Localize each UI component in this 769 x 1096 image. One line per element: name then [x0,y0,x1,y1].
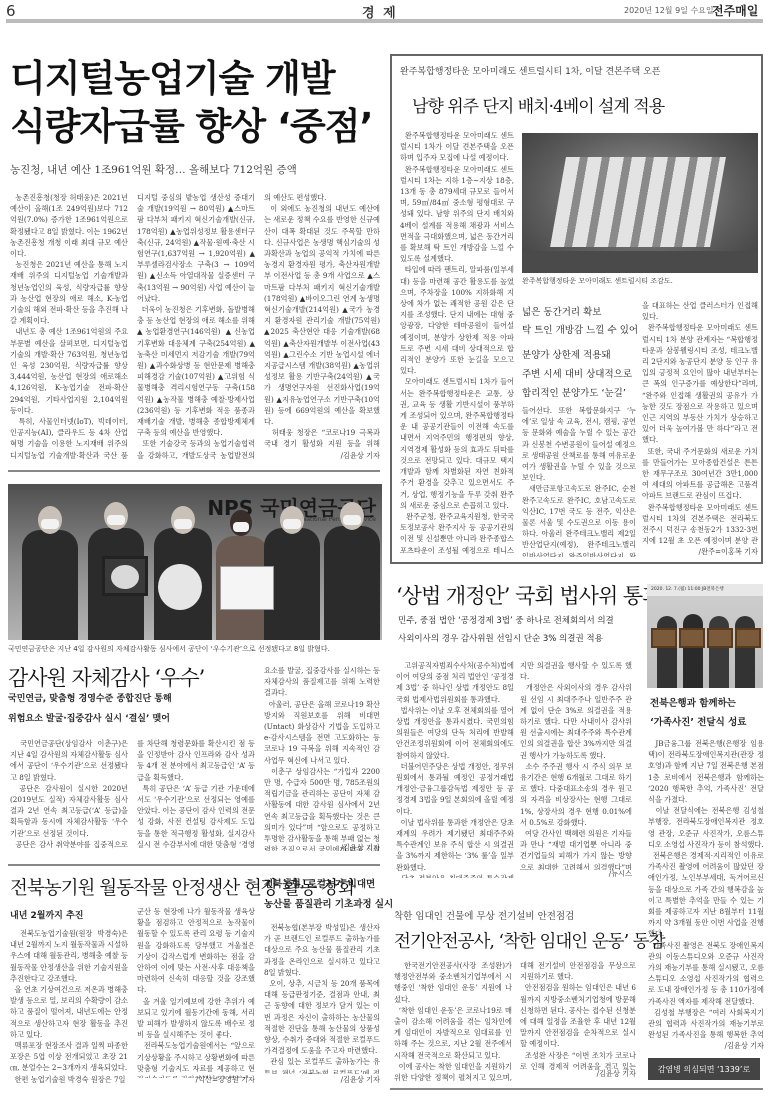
jbbank-byline: /김윤상 기자 [648,1040,764,1052]
jbares-byline: /익산=장영원 기자 [137,1074,255,1086]
divider [8,864,380,866]
law-col2: 지만 의결권을 행사할 수 있도록 했다. 개정안은 사외이사의 경우 감사위원… [520,660,632,870]
nps-col3: 요소를 발굴, 집중감사를 실시하는 등 자체감사의 품질제고를 위해 노력한 … [264,665,380,851]
nps-logo-sub: National Pension Service [302,516,376,523]
housing-rendering-photo [522,133,758,273]
jbares-subhead: 내년 2월까지 추진 [10,908,83,921]
jbbank-body: JB금융그룹 전북은행(은행장 임용택)이 전라북도장애인복지관(관장 정호영)… [648,738,764,1038]
law-subhead-line1: 민주, 중점 법안 ‘공정경제 3법’ 중 하나로 전체회의서 의결 [398,614,614,626]
housing-subhead2-line3: 합리적인 분양가도 ‘눈길’ [522,385,626,399]
housing-subhead1-line1: 넓은 동간거리 확보 [522,304,601,318]
jbbank-subhead-line1: 전북은행과 함께하는 [650,695,736,709]
agri-subheadline: 농진청, 내년 예산 1조961억원 확정… 올해보다 712억원 증액 [10,162,297,177]
housing-photo-caption: 완주복합행정타운 모아미래도 센트럴시티 조감도. [522,276,673,286]
nps-headline: 감사원 자체감사 ‘우수’ [8,662,204,692]
agri-headline-line2: 식량자급률 향상 ‘중점’ [10,104,373,150]
page-number: 6 [6,2,16,20]
apartment-blocks [550,157,726,247]
housing-subhead1-line2: 탁 트인 개방감 느낄 수 있어 [522,322,638,336]
jbbank-family-photo: 2020. 12. 7.(월) 11:00 JB전북은행 [647,584,763,688]
kesco-kicker: 착한 임대인 건물에 무상 전기설비 안전점검 [394,908,574,922]
nps-subhead-line2: 위험요소 발굴·집중감사 실시 ‘결실’ 맺어 [8,711,170,724]
nh-body: 전북농협(본부장 박성일)은 생산자가 곧 브랜드인 로컬푸드 출하농가를 대상… [264,922,380,1074]
issue-date: 2020년 12월 9일 수요일 [624,5,714,16]
law-headline: ‘상법 개정안’ 국회 법사위 통과 [396,580,661,610]
housing-kicker: 완주복합행정타운 모아미래도 센트럴시티 1차, 이달 견본주택 오픈 [400,64,661,77]
law-col1: 고위공직자범죄수사처(공수처)법에 이어 여당의 중점 처리 법안인 ‘공정경제… [396,660,514,878]
masthead-rule [6,19,763,23]
kesco-headline: 전기안전공사, ‘착한 임대인 운동’ 동참 [394,928,665,953]
kesco-col2: 대해 전기설비 안전점검을 무상으로 지원하기로 했다. 안전점검을 원하는 임… [520,960,636,1070]
housing-subhead2-line1: 분양가 상한제 적용돼 [522,347,611,361]
jbbank-subhead-line2: ‘가족사진’ 전달식 성료 [650,714,746,728]
agri-col1: 농촌진흥청(청장 허태웅)은 2021년 예산이 올해(1조 249억원)보다 … [10,192,128,460]
nps-byline: /김윤상 기자 [264,842,380,854]
agri-byline: /김윤상 기자 [264,450,380,462]
agri-col3: 의 예산도 편성했다. 이 외에도 농진청의 내년도 예산에는 새로운 정책 수… [264,192,380,450]
housing-headline: 남향 위주 단지 배치·4베이 설계 적용 [412,92,664,117]
nps-photo-caption: 국민연금공단은 지난 4일 감사원의 자체감사활동 심사에서 공단이 ‘우수기관… [8,644,330,654]
nh-byline: /김윤상 기자 [264,1074,380,1086]
nps-col2: 를 차단해 청렴문화를 확산시킨 점 등을 인정받아 감사 인프라와 감사 성과… [137,738,255,850]
law-subhead-line2: 사외이사의 경우 감사위원 선임시 단순 3% 의결권 적용 [398,632,603,644]
jbbank-photo-banner: 2020. 12. 7.(월) 11:00 JB전북은행 [647,584,763,596]
housing-col1: 완주복합행정타운 모아미래도 센트럴시티 1차가 이달 견본주택을 오픈하며 입… [400,130,514,556]
housing-col3: 을 대표하는 산업 클러스터가 인접해있다. 완주복합행정타운 모아미래도 센트… [642,300,758,546]
divider [390,1088,763,1090]
kesco-col1: 한국전기안전공사(사장 조성완)가 행정안전부와 중소벤처기업부에서 시행중인 … [394,960,512,1084]
nh-subhead-line1: 전북농협, 로컬농가 비대면 [264,876,375,890]
jbares-col2: 군산 등 현장에 나가 월동작물 생육상황을 점검하고 안정적으로 농작물이 월… [137,906,255,1078]
agri-headline-line1: 디지털농업기술 개발 [10,56,335,102]
nh-subhead-line2: 농산물 품질관리 기초과정 실시 [264,896,393,910]
housing-col2: 들어선다. 또한 복합문화지구 ‘누에’로 일상 속 교육, 전시, 캠핑, 공… [522,405,636,557]
nps-col1: 국민연금공단(상임감사 이춘구)은 지난 4일 감사원의 자체감사활동 심사에서… [10,738,128,850]
disease-hotline-banner: 감염병 의심되면 ‘1339’로 [648,1058,760,1080]
kesco-byline: /김윤상 기자 [520,1068,636,1080]
housing-subhead2-line2: 주변 시세 대비 상대적으로 [522,366,632,380]
law-byline: /뉴시스 [520,868,632,880]
divider [8,470,380,472]
newspaper-name: 전주매일 [712,2,758,19]
housing-byline: /완주=이홍복 기자 [642,546,758,558]
nps-award-photo: NPS 국민연금공단 National Pension Service [8,484,382,640]
jbares-col1: 전북도농업기술원(원장 박경숙)은 내년 2월까지 노지 월동작물과 시설하우스… [10,928,128,1088]
nps-subhead-line1: 국민연금, 맞춤형 경영수준 종합진단 통해 [8,691,172,704]
agri-col2: 디지털 중심의 밭농업 생산성 증대기술 개발(19억원 → 80억원) ▲스마… [137,192,255,460]
